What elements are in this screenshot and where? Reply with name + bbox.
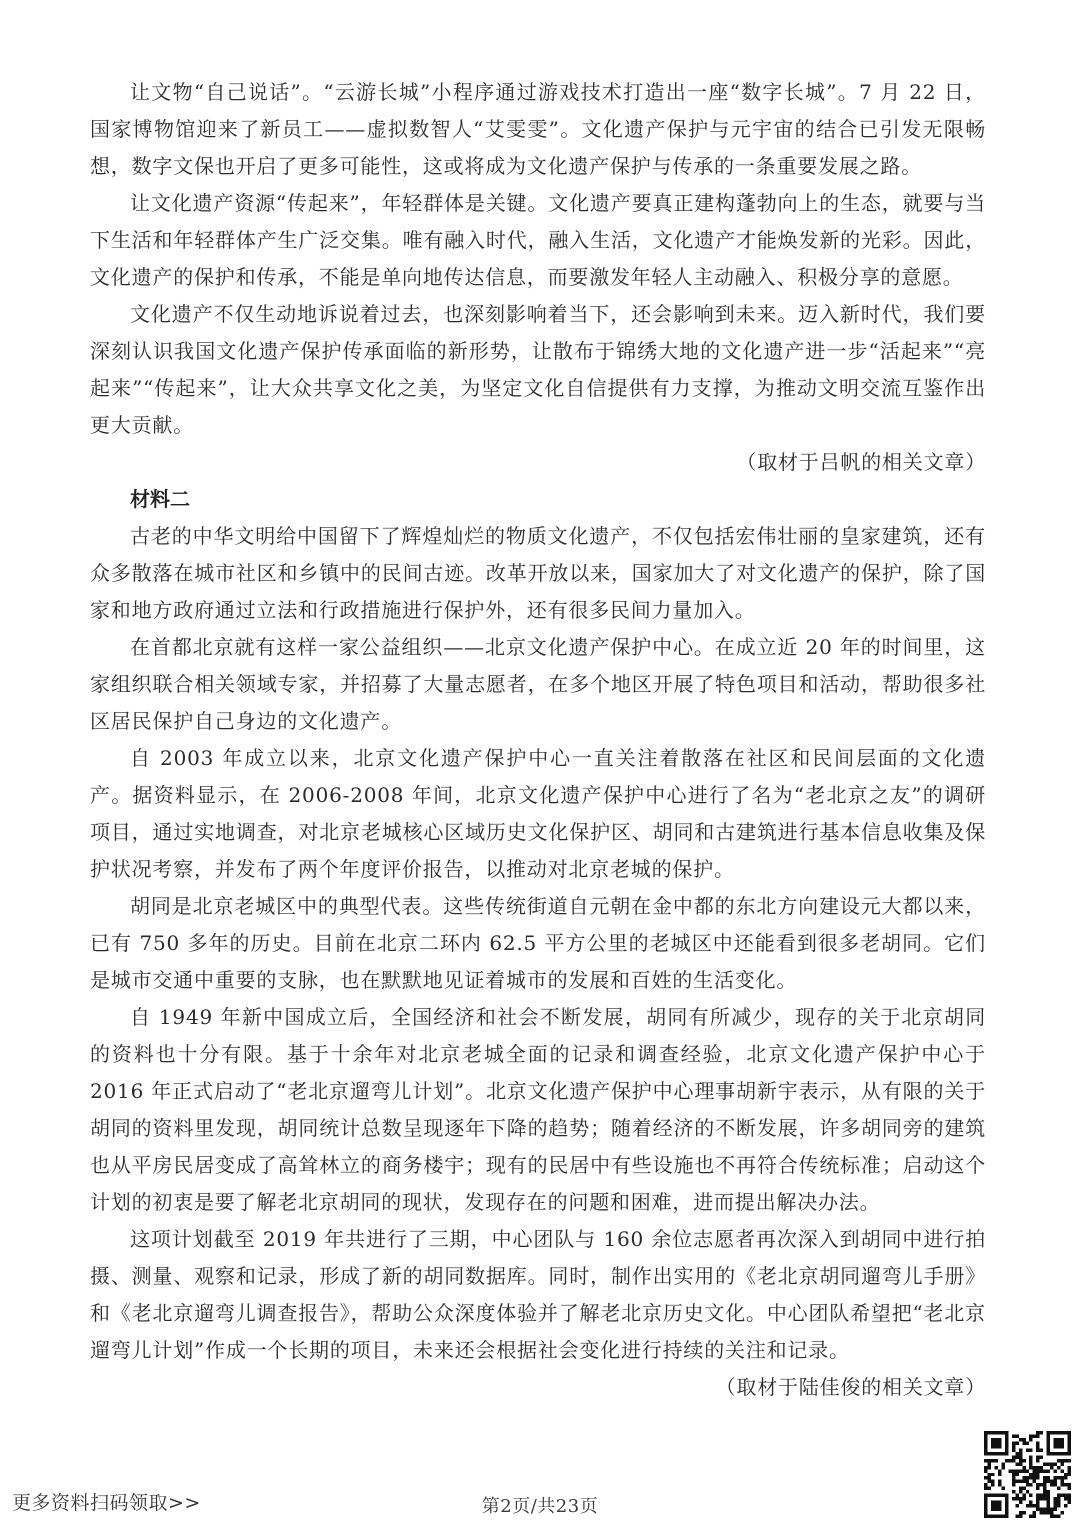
paragraph: 自 1949 年新中国成立后，全国经济和社会不断发展，胡同有所减少，现存的关于北…	[90, 999, 986, 1221]
material-two-heading: 材料二	[90, 481, 986, 518]
paragraph: 让文化遗产资源“传起来”，年轻群体是关键。文化遗产要真正建构蓬勃向上的生态，就要…	[90, 185, 986, 296]
source-attribution: （取材于陆佳俊的相关文章）	[90, 1369, 986, 1406]
paragraph: 这项计划截至 2019 年共进行了三期，中心团队与 160 余位志愿者再次深入到…	[90, 1221, 986, 1369]
paragraph: 在首都北京就有这样一家公益组织——北京文化遗产保护中心。在成立近 20 年的时间…	[90, 629, 986, 740]
paragraph: 文化遗产不仅生动地诉说着过去，也深刻影响着当下，还会影响到未来。迈入新时代，我们…	[90, 296, 986, 444]
paragraph: 胡同是北京老城区中的典型代表。这些传统街道自元朝在金中都的东北方向建设元大都以来…	[90, 888, 986, 999]
paragraph: 让文物“自己说话”。“云游长城”小程序通过游戏技术打造出一座“数字长城”。7 月…	[90, 74, 986, 185]
qr-code-icon	[984, 1431, 1071, 1518]
page-indicator: 第2页/共23页	[0, 1492, 1080, 1518]
document-body: 让文物“自己说话”。“云游长城”小程序通过游戏技术打造出一座“数字长城”。7 月…	[90, 74, 986, 1406]
paragraph: 自 2003 年成立以来，北京文化遗产保护中心一直关注着散落在社区和民间层面的文…	[90, 740, 986, 888]
paragraph: 古老的中华文明给中国留下了辉煌灿烂的物质文化遗产，不仅包括宏伟壮丽的皇家建筑，还…	[90, 518, 986, 629]
source-attribution: （取材于吕帆的相关文章）	[90, 444, 986, 481]
document-page: { "document": { "section1": { "paragraph…	[0, 0, 1080, 1527]
